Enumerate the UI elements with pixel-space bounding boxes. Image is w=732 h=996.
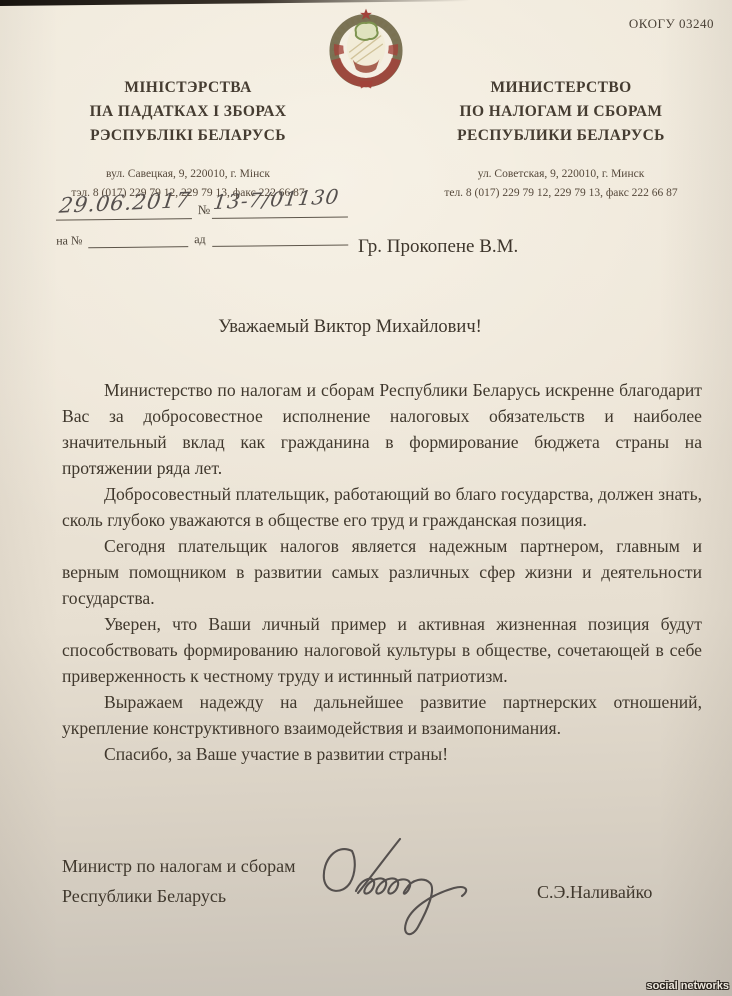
date-underline — [56, 218, 192, 220]
letterhead-right-line3: РЕСПУБЛИКИ БЕЛАРУСЬ — [402, 124, 720, 148]
ad-label: ад — [194, 232, 206, 247]
handwritten-number: 13-7/01130 — [212, 184, 341, 214]
salutation: Уважаемый Виктор Михайлович! — [110, 317, 590, 338]
paragraph-1: Министерство по налогам и сборам Республ… — [62, 377, 702, 481]
letterhead-left-line1: МІНІСТЭРСТВА — [36, 76, 340, 100]
letterhead-right-line1: МИНИСТЕРСТВО — [402, 76, 720, 100]
number-underline — [212, 217, 348, 219]
reference-block: 29.06.2017 № 13-7/01130 на № ад — [56, 190, 357, 255]
watermark-social-networks: social networks — [646, 980, 729, 992]
letter-body: Министерство по налогам и сборам Республ… — [62, 377, 702, 767]
ad-underline — [212, 245, 348, 247]
paragraph-2: Добросовестный плательщик, работающий во… — [62, 481, 702, 533]
recipient-name: Гр. Прокопене В.М. — [358, 236, 518, 258]
signer-title-line1: Министр по налогам и сборам — [62, 851, 296, 881]
signature-scribble-icon — [312, 835, 532, 943]
paragraph-3: Сегодня плательщик налогов является наде… — [62, 533, 702, 611]
letterhead-left-line2: ПА ПАДАТКАХ І ЗБОРАХ — [36, 100, 340, 124]
letterhead-belarusian: МІНІСТЭРСТВА ПА ПАДАТКАХ І ЗБОРАХ РЭСПУБ… — [36, 76, 340, 203]
signer-name: С.Э.Наливайко — [537, 882, 652, 903]
signer-title-line2: Республики Беларусь — [62, 881, 296, 911]
letterhead-right-address: ул. Советская, 9, 220010, г. Минск — [402, 165, 720, 184]
paragraph-6: Спасибо, за Ваше участие в развитии стра… — [62, 741, 702, 767]
okogu-code: ОКОГУ 03240 — [629, 16, 714, 32]
na-number-label: на № — [56, 233, 82, 248]
paragraph-5: Выражаем надежду на дальнейшее развитие … — [62, 689, 702, 741]
letterhead-right-phone: тел. 8 (017) 229 79 12, 229 79 13, факс … — [402, 184, 720, 203]
signer-title: Министр по налогам и сборам Республики Б… — [62, 851, 296, 911]
letterhead-russian: МИНИСТЕРСТВО ПО НАЛОГАМ И СБОРАМ РЕСПУБЛ… — [402, 76, 720, 203]
letterhead-right-line2: ПО НАЛОГАМ И СБОРАМ — [402, 100, 720, 124]
number-symbol: № — [198, 202, 211, 218]
handwritten-date: 29.06.2017 — [58, 188, 192, 218]
na-number-underline — [88, 246, 188, 248]
letterhead-left-line3: РЭСПУБЛІКІ БЕЛАРУСЬ — [36, 124, 340, 148]
letterhead-left-address: вул. Савецкая, 9, 220010, г. Мінск — [36, 165, 340, 184]
paragraph-4: Уверен, что Ваши личный пример и активна… — [62, 611, 702, 689]
document-photo: ОКОГУ 03240 МІНІСТЭРСТВА ПА ПАДАТКАХ І З… — [0, 0, 732, 996]
